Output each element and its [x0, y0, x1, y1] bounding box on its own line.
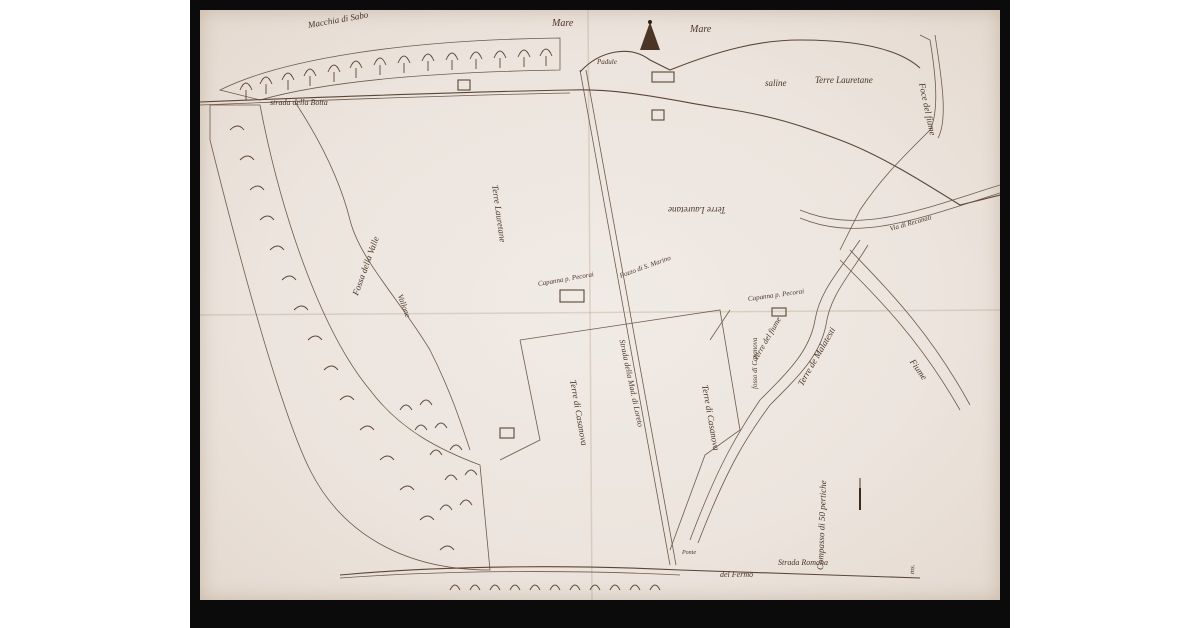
- tree-band-left: [230, 126, 477, 550]
- label-terre-lauretane-inverted: Terre Lauretane: [668, 205, 726, 215]
- label-strada-romana: Strada Romana: [778, 558, 828, 567]
- label-del-fermo: del Fermo: [720, 570, 753, 579]
- label-mare-2: Mare: [690, 24, 711, 35]
- tree-band-bottom: [450, 585, 660, 590]
- label-stamp: ms.: [908, 564, 916, 574]
- tree-band-top: [240, 49, 552, 100]
- label-saline: saline: [765, 78, 787, 88]
- label-mare-1: Mare: [552, 18, 573, 29]
- label-strada-della-botta: strada della Botta: [270, 98, 328, 107]
- label-ponte: Ponte: [682, 550, 696, 556]
- label-padule: Padule: [597, 58, 617, 66]
- tower-icon: [640, 22, 660, 50]
- map-sheet: Macchia di Sabo Mare Mare strada della B…: [200, 10, 1000, 600]
- label-fosso: fosso di Casanova: [751, 338, 759, 389]
- label-terre-lauretane-top: Terre Lauretane: [815, 75, 873, 85]
- capanna-left-icon: [560, 290, 584, 302]
